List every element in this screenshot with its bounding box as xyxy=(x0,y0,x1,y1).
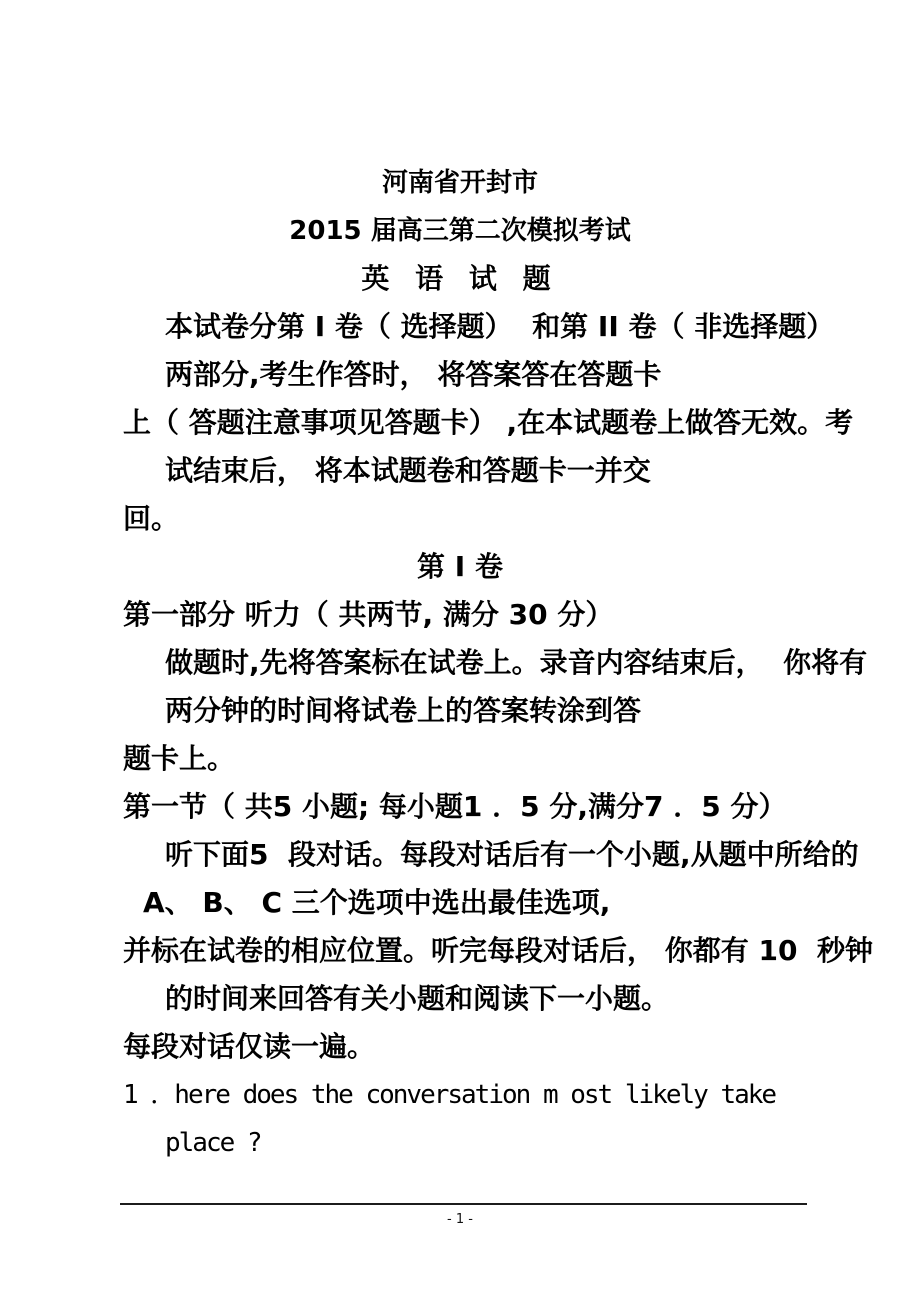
notice-line-3: 上（ 答题注意事项见答题卡） ,在本试题卷上做答无效。考 xyxy=(0,399,920,447)
part1-instructions-line-3: 题卡上。 xyxy=(0,735,920,783)
exam-document-page: 河南省开封市 2015 届高三第二次模拟考试 英 语 试 题 本试卷分第 I 卷… xyxy=(0,0,920,1302)
section1-instructions-line-5: 每段对话仅读一遍。 xyxy=(0,1023,920,1071)
footer-divider xyxy=(120,1203,807,1205)
part1-heading: 第一部分 听力（ 共两节, 满分 30 分） xyxy=(0,591,920,639)
question-1-line-1: 1 ．here does the conversation m ost like… xyxy=(0,1071,920,1119)
section1-instructions-line-3: 并标在试卷的相应位置。听完每段对话后， 你都有 10 秒钟 xyxy=(0,927,920,975)
volume-1-heading: 第 I 卷 xyxy=(0,543,920,591)
section1-instructions-line-2: A、 B、 C 三个选项中选出最佳选项, xyxy=(0,879,920,927)
notice-line-4: 试结束后， 将本试题卷和答题卡一并交 xyxy=(0,447,920,495)
section1-instructions-line-1: 听下面5 段对话。每段对话后有一个小题,从题中所给的 xyxy=(0,831,920,879)
section1-heading: 第一节（ 共5 小题; 每小题1 ．5 分,满分7 ．5 分） xyxy=(0,783,920,831)
section1-instructions-line-4: 的时间来回答有关小题和阅读下一小题。 xyxy=(0,975,920,1023)
document-body: 河南省开封市 2015 届高三第二次模拟考试 英 语 试 题 本试卷分第 I 卷… xyxy=(0,159,920,1167)
notice-line-1: 本试卷分第 I 卷（ 选择题） 和第 II 卷（ 非选择题） xyxy=(0,303,920,351)
title-subject: 英 语 试 题 xyxy=(0,255,920,303)
notice-line-5: 回。 xyxy=(0,495,920,543)
title-region: 河南省开封市 xyxy=(0,159,920,207)
part1-instructions-line-2: 两分钟的时间将试卷上的答案转涂到答 xyxy=(0,687,920,735)
part1-instructions-line-1: 做题时,先将答案标在试卷上。录音内容结束后， 你将有 xyxy=(0,639,920,687)
page-number: - 1 - xyxy=(0,1212,920,1227)
question-1-line-2: place ? xyxy=(0,1119,920,1167)
notice-line-2: 两部分,考生作答时， 将答案答在答题卡 xyxy=(0,351,920,399)
title-exam: 2015 届高三第二次模拟考试 xyxy=(0,207,920,255)
